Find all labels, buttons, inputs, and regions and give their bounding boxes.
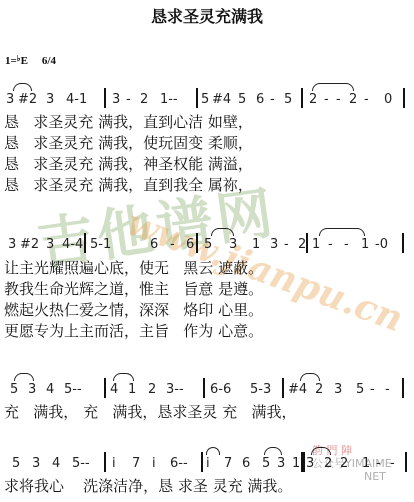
note: 3-- [166,382,184,397]
note: 2 [340,456,348,471]
bar-line [402,233,404,253]
note: 5 [238,92,246,107]
notation-row-3: 5345--4123--6-65-3#4235-- [0,378,414,400]
tie-slur-icon [211,228,234,236]
note: - [324,92,329,107]
note: 6 [150,237,158,252]
note: - [270,92,275,107]
note: 5 [201,92,209,107]
note: 2 [140,92,148,107]
note: 2 [309,92,317,107]
note: 2 [315,382,323,397]
key-note: E [21,55,28,67]
notation-row-1: 3#234-13-21--5#456-52--2-0 [0,88,414,110]
notation-row-4: 5345--i7i6--i765313221-- [0,452,414,474]
lyric-line: 让主光耀照遍心底，使无 黑云 遮蔽。 [4,258,263,278]
tie-slur-icon [13,83,32,91]
note: - [170,237,175,252]
note: - [376,456,381,471]
note: #4 [288,382,307,397]
tie-slur-icon [14,373,34,381]
note: 4-1 [66,92,87,107]
note: 6 [242,456,250,471]
note: 3 [306,456,314,471]
lyric-line: 恳 求圣灵充 满我，使玩固变 柔顺， [4,133,253,153]
note: -0 [375,237,388,252]
bar-line [282,378,284,398]
note: 0 [384,92,392,107]
bar-line [104,452,106,472]
tie-slur-icon [113,373,134,381]
note: 5-- [64,382,82,397]
note: 3 [270,237,278,252]
note: 1 [252,237,260,252]
note: 1 [128,382,136,397]
note: - [344,237,349,252]
note: 5-3 [250,382,271,397]
note: 4 [110,382,118,397]
note: 1 [292,456,300,471]
lyric-line: 燃起火热仁爱之情，深深 烙印 心里。 [4,300,263,320]
note: 3 [229,237,237,252]
lyric-line: 求将我心 洗涤洁净，恳 求圣 灵充 满我。 [4,476,292,496]
lyric-line: 充 满我， 充 满我，恳求圣灵 充 满我， [4,402,296,422]
note: 5 [356,382,364,397]
lyric-line: 恳 求圣灵充 满我，直到心洁 如壁， [4,112,253,132]
note: 5 [284,92,292,107]
note: 1 [361,237,369,252]
bar-line [203,378,205,398]
note: 5 [204,237,212,252]
note: #2 [18,92,37,107]
note: - [385,382,390,397]
note: 6 [256,92,264,107]
note: - [364,92,369,107]
lyric-line: 教我生命光辉之道，惟主 旨意 是遵。 [4,279,263,299]
bar-line [405,452,407,472]
note: 3 [334,382,342,397]
tie-slur-icon [312,83,354,91]
note: i [152,456,156,471]
note: i [206,456,210,471]
note: 3 [28,382,36,397]
bar-line [196,88,198,108]
time-signature: 6/4 [42,55,56,67]
note: 2 [324,456,332,471]
note: 3 [32,456,40,471]
note: 4 [52,456,60,471]
note: i [112,456,116,471]
note: 5-1 [90,237,111,252]
note: 3 [8,237,16,252]
note: 6-- [170,456,188,471]
note: - [328,237,333,252]
bar-line [84,233,86,253]
lyric-line: 恳 求圣灵充 满我，神圣权能 满溢， [4,154,253,174]
tie-slur-icon [300,373,320,381]
key-signature: 1=♭E6/4 [5,54,56,67]
note: 1 [362,456,370,471]
bar-line [403,88,405,108]
bar-line [306,233,308,253]
note: 1 [312,237,320,252]
tie-slur-icon [264,447,282,455]
bar-line [301,88,303,108]
note: 3 [6,92,14,107]
note: - [336,92,341,107]
note: 2 [148,382,156,397]
bar-line [201,452,203,472]
tie-slur-icon [319,228,365,236]
song-title: 恳求圣灵充满我 [0,4,414,27]
tie-slur-icon [206,447,220,455]
bar-line [104,378,106,398]
note: 3 [46,237,54,252]
note: 4 [46,382,54,397]
bar-line [303,452,305,472]
key-prefix: 1= [5,55,17,67]
note: 7 [224,456,232,471]
note: 4-4 [62,237,83,252]
note: - [284,237,289,252]
lyric-line: 恳 求圣灵充 满我，直到我全 属祢， [4,175,253,195]
note: 1-- [160,92,178,107]
tie-slur-icon [311,447,331,455]
note: #4 [212,92,231,107]
note: 5 [262,456,270,471]
note: 7 [132,456,140,471]
note: 3 [277,456,285,471]
bar-line [104,88,106,108]
bar-line [196,233,198,253]
note: 5 [10,382,18,397]
note: - [370,382,375,397]
note: 3 [46,92,54,107]
note: - [126,92,131,107]
note: - [390,456,395,471]
note: 5 [12,456,20,471]
lyric-line: 更愿专为上主而活，主旨 作为 心意。 [4,321,263,341]
note: 6-6 [210,382,231,397]
bar-line [402,378,404,398]
note: #2 [20,237,39,252]
note: 5-- [72,456,90,471]
note: 6 [186,237,194,252]
note: 2 [349,92,357,107]
note: 3 [112,92,120,107]
notation-row-2: 3#234-45-16-65313-21--1-0 [0,233,414,255]
